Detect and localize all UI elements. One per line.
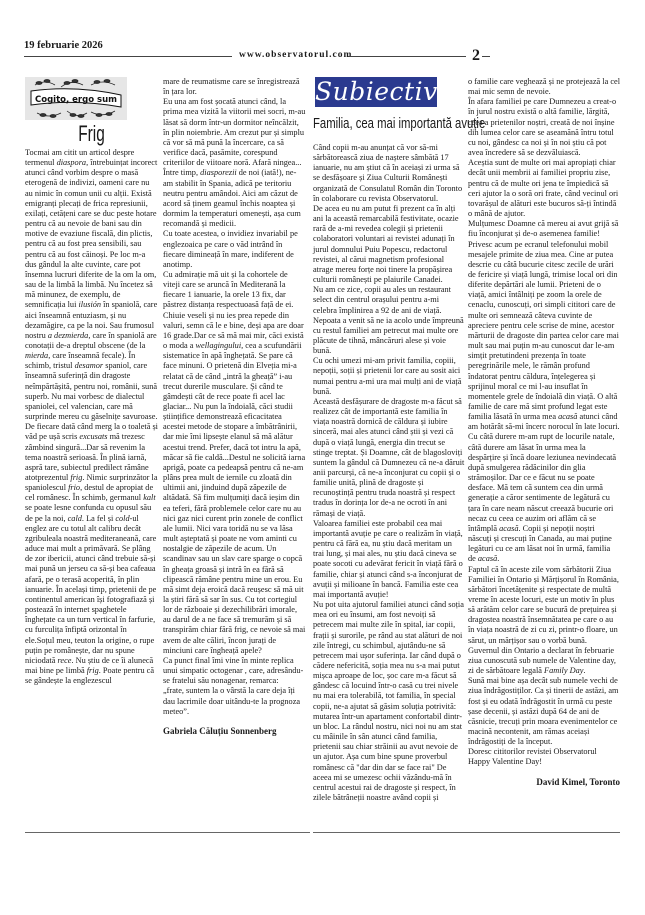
laurel-banner-icon: Cogito, ergo sum <box>25 77 127 120</box>
site-url[interactable]: www.observatorul.com <box>239 50 352 60</box>
author-signature-familia: David Kimel, Toronto <box>468 777 620 787</box>
header-rule-right <box>348 56 466 57</box>
article-familia-column-3: Subiectiv Familia, cea mai importantă av… <box>313 77 465 803</box>
svg-text:Cogito, ergo sum: Cogito, ergo sum <box>35 95 117 105</box>
article-frig-column-1: Cogito, ergo sum Frig Tocmai am citit un… <box>25 77 158 686</box>
article-frig-column-2: mare de reumatisme care se înregistrează… <box>163 77 306 736</box>
header-rule-left <box>24 56 232 57</box>
subiectiv-logo: Subiectiv <box>315 77 437 107</box>
author-signature-frig: Gabriela Căluțiu Sonnenberg <box>163 726 306 736</box>
article-title-frig: Frig <box>45 122 138 146</box>
footer-rule-left <box>25 832 310 833</box>
footer-rule-right <box>313 832 620 833</box>
article-familia-body-2: o familie care veghează și ne protejează… <box>468 77 620 768</box>
article-frig-body-2: mare de reumatisme care se înregistrează… <box>163 77 306 717</box>
cogito-ergo-sum-logo: Cogito, ergo sum <box>25 77 127 120</box>
issue-date: 19 februarie 2026 <box>24 40 103 51</box>
page-number: 2 <box>472 47 480 65</box>
article-title-familia: Familia, cea mai importantă avuție <box>313 113 432 135</box>
article-frig-body-1: Tocmai am citit un articol despre termen… <box>25 148 158 686</box>
article-familia-body-1: Când copii m-au anunțat că vor să-mi săr… <box>313 143 465 803</box>
header-rule-end <box>482 56 490 57</box>
article-familia-column-4: o familie care veghează și ne protejează… <box>468 77 620 787</box>
